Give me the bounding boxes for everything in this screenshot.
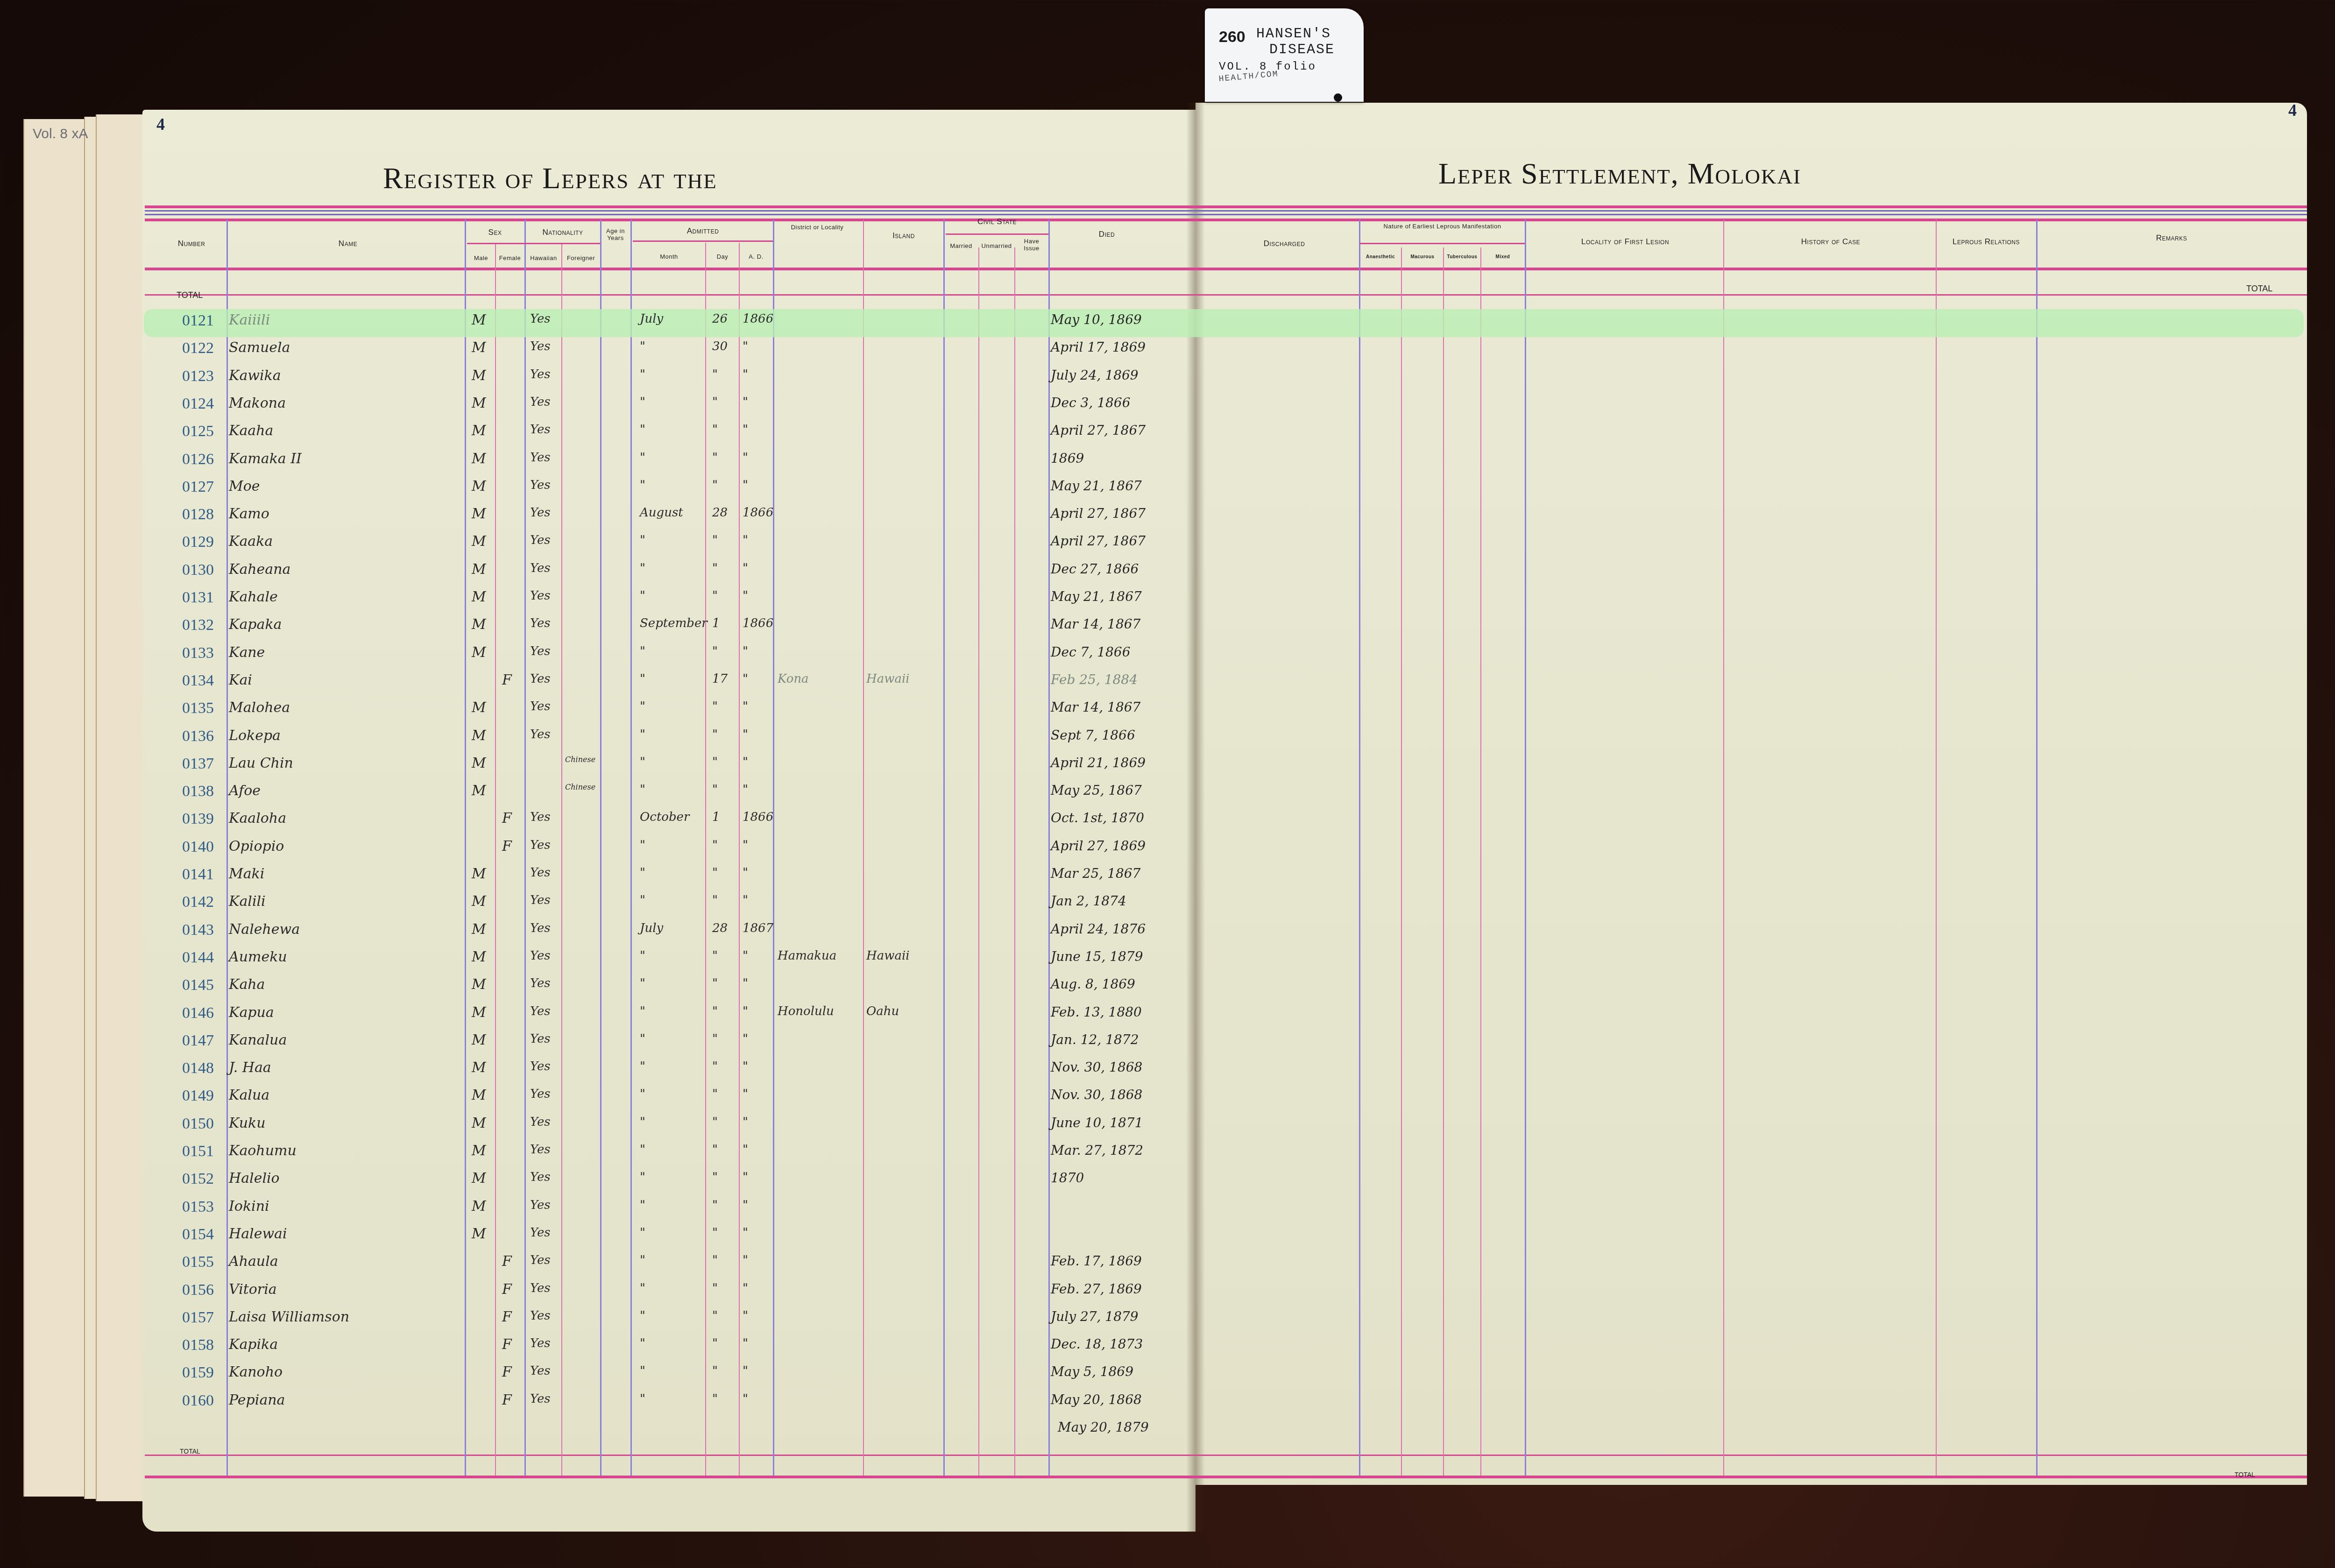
- record-hawaiian: Yes: [530, 893, 551, 907]
- record-sex: M: [472, 451, 486, 467]
- record-hawaiian: Yes: [530, 921, 551, 935]
- record-admit-year: ": [743, 1170, 748, 1184]
- record-name: Kamo: [229, 506, 269, 522]
- header-age: Age in Years: [601, 228, 630, 242]
- record-admit-day: ": [712, 838, 718, 852]
- header-sex-male: Male: [467, 255, 495, 262]
- table-row[interactable]: 0158KapikaFYes"""Dec. 18, 1873: [0, 1336, 2335, 1363]
- record-died: May 21, 1867: [1051, 589, 1142, 604]
- record-foreigner: Chinese: [565, 783, 595, 791]
- record-admit-year: ": [743, 1309, 748, 1323]
- header-rule-bottom: [145, 219, 2307, 221]
- record-admit-day: ": [712, 976, 718, 990]
- record-number: 0138: [182, 783, 214, 800]
- table-row[interactable]: 0121KaiiiliMYesJuly261866May 10, 1869: [0, 312, 2335, 339]
- header-nature-anaesthetic: Anaesthetic: [1360, 254, 1401, 260]
- archive-subject-line1: HANSEN'S: [1256, 26, 1331, 42]
- archive-tab-card: 260 HANSEN'S DISEASE VOL. 8 folio HEALTH…: [1205, 8, 1364, 102]
- table-row[interactable]: 0152HalelioMYes"""1870: [0, 1170, 2335, 1197]
- record-admit-day: ": [712, 451, 718, 465]
- record-sex: F: [502, 1253, 512, 1270]
- record-sex: F: [502, 1309, 512, 1325]
- record-died: Mar 25, 1867: [1051, 866, 1140, 881]
- record-island: Hawaii: [866, 672, 910, 686]
- record-sex: M: [472, 506, 486, 522]
- table-row[interactable]: 0151KaohumuMYes"""Mar. 27, 1872: [0, 1143, 2335, 1170]
- record-admit-year: ": [743, 1392, 748, 1406]
- record-admit-day: 26: [712, 312, 728, 326]
- record-number: 0141: [182, 866, 214, 883]
- header-sex: Sex: [467, 228, 523, 237]
- record-hawaiian: Yes: [530, 1253, 551, 1267]
- record-hawaiian: Yes: [530, 339, 551, 353]
- record-number: 0140: [182, 838, 214, 856]
- record-admit-month: ": [640, 1087, 645, 1101]
- record-foreigner: Chinese: [565, 755, 595, 764]
- table-row[interactable]: 0159KanohoFYes"""May 5, 1869: [0, 1364, 2335, 1391]
- record-died: Nov. 30, 1868: [1051, 1059, 1142, 1075]
- record-name: Iokini: [229, 1198, 269, 1215]
- record-admit-year: 1866: [743, 810, 773, 824]
- record-number: 0139: [182, 810, 214, 828]
- record-admit-year: ": [743, 727, 748, 742]
- left-page-title: Register of Lepers at the: [383, 161, 717, 196]
- header-nature-tuberculous: Tuberculous: [1444, 254, 1480, 260]
- record-admit-day: ": [712, 1392, 718, 1406]
- record-hawaiian: Yes: [530, 949, 551, 963]
- header-nature-mixed: Mixed: [1481, 254, 1524, 260]
- header-sex-female: Female: [496, 255, 524, 262]
- table-row[interactable]: 0132KapakaMYesSeptember11866Mar 14, 1867: [0, 616, 2335, 643]
- record-sex: M: [472, 1059, 486, 1076]
- record-number: 0151: [182, 1143, 214, 1160]
- record-hawaiian: Yes: [530, 616, 551, 630]
- record-admit-month: ": [640, 1336, 645, 1350]
- record-number: 0146: [182, 1004, 214, 1022]
- record-sex: F: [502, 1336, 512, 1353]
- table-row[interactable]: 0129KaakaMYes"""April 27, 1867: [0, 533, 2335, 560]
- record-hawaiian: Yes: [530, 451, 551, 465]
- record-admit-day: ": [712, 1253, 718, 1267]
- record-admit-day: ": [712, 1032, 718, 1046]
- record-died: May 20, 1868: [1051, 1392, 1142, 1407]
- record-name: Vitoria: [229, 1281, 277, 1298]
- record-admit-year: ": [743, 478, 748, 492]
- record-admit-month: October: [640, 810, 689, 824]
- record-admit-year: ": [743, 755, 748, 769]
- record-admit-month: ": [640, 1143, 645, 1157]
- table-row[interactable]: 0139KaalohaFYesOctober11866Oct. 1st, 187…: [0, 810, 2335, 837]
- table-row[interactable]: 0136LokepaMYes"""Sept 7, 1866: [0, 727, 2335, 755]
- header-leprous-relations: Leprous Relations: [1937, 237, 2035, 247]
- record-admit-year: ": [743, 1281, 748, 1295]
- record-admit-year: ": [743, 367, 748, 381]
- record-admit-year: ": [743, 1087, 748, 1101]
- record-name: Kapua: [229, 1004, 274, 1021]
- table-row[interactable]: 0146KapuaMYes"""HonoluluOahuFeb. 13, 188…: [0, 1004, 2335, 1031]
- record-number: 0135: [182, 699, 214, 717]
- record-admit-year: ": [743, 893, 748, 907]
- record-died: Mar. 27, 1872: [1051, 1143, 1143, 1158]
- record-admit-day: ": [712, 699, 718, 713]
- record-number: 0160: [182, 1392, 214, 1410]
- record-name: Afoe: [229, 783, 261, 799]
- record-hawaiian: Yes: [530, 367, 551, 381]
- record-name: Laisa Williamson: [229, 1309, 349, 1325]
- table-row[interactable]: 0150KukuMYes"""June 10, 1871: [0, 1115, 2335, 1142]
- record-admit-month: September: [640, 616, 708, 630]
- record-number: 0133: [182, 644, 214, 662]
- record-sex: F: [502, 672, 512, 688]
- record-hawaiian: Yes: [530, 1059, 551, 1074]
- record-sex: M: [472, 339, 486, 356]
- table-row[interactable]: 0144AumekuMYes"""HamakuaHawaiiJune 15, 1…: [0, 949, 2335, 976]
- record-admit-day: ": [712, 561, 718, 575]
- table-row[interactable]: 0141MakiMYes"""Mar 25, 1867: [0, 866, 2335, 893]
- record-number: 0128: [182, 506, 214, 523]
- record-died: April 21, 1869: [1051, 755, 1146, 770]
- header-admitted: Admitted: [633, 226, 773, 236]
- record-hawaiian: Yes: [530, 1032, 551, 1046]
- record-sex: M: [472, 699, 486, 716]
- left-page-number: 4: [156, 114, 165, 134]
- record-hawaiian: Yes: [530, 478, 551, 492]
- right-page-number: 4: [2288, 100, 2297, 120]
- table-row[interactable]: 0154HalewaiMYes""": [0, 1226, 2335, 1253]
- record-admit-month: ": [640, 1364, 645, 1378]
- record-admit-month: ": [640, 1115, 645, 1129]
- header-rule-blue-2: [145, 214, 2307, 215]
- record-sex: M: [472, 1032, 486, 1048]
- record-admit-year: ": [743, 1253, 748, 1267]
- record-admit-day: ": [712, 644, 718, 658]
- record-name: Lokepa: [229, 727, 281, 744]
- record-hawaiian: Yes: [530, 1143, 551, 1157]
- record-admit-day: ": [712, 423, 718, 437]
- record-island: Oahu: [866, 1004, 899, 1018]
- record-died: April 17, 1869: [1051, 339, 1146, 355]
- record-sex: M: [472, 1170, 486, 1187]
- record-number: 0121: [182, 312, 214, 330]
- record-admit-month: ": [640, 1253, 645, 1267]
- record-admit-month: ": [640, 395, 645, 409]
- header-discharged: Discharged: [1214, 239, 1354, 248]
- table-row[interactable]: 0124MakonaMYes"""Dec 3, 1866: [0, 395, 2335, 422]
- record-admit-day: ": [712, 1004, 718, 1018]
- header-nationality: Nationality: [525, 228, 600, 237]
- record-admit-month: July: [640, 312, 663, 326]
- record-died: Dec 27, 1866: [1051, 561, 1139, 577]
- record-hawaiian: Yes: [530, 395, 551, 409]
- record-admit-day: ": [712, 1059, 718, 1074]
- record-admit-day: ": [712, 727, 718, 742]
- table-row[interactable]: 0125KaahaMYes"""April 27, 1867: [0, 423, 2335, 450]
- header-cs-unmarried: Unmarried: [979, 243, 1014, 250]
- table-row[interactable]: 0156VitoriaFYes"""Feb. 27, 1869: [0, 1281, 2335, 1308]
- record-died: Aug. 8, 1869: [1051, 976, 1135, 992]
- record-hawaiian: Yes: [530, 506, 551, 520]
- record-admit-month: ": [640, 1309, 645, 1323]
- record-admit-day: ": [712, 949, 718, 963]
- record-sex: M: [472, 783, 486, 799]
- record-hawaiian: Yes: [530, 1198, 551, 1212]
- record-name: Makona: [229, 395, 286, 411]
- record-name: Kaaka: [229, 533, 273, 550]
- record-name: Kapika: [229, 1336, 278, 1353]
- record-admit-month: ": [640, 1281, 645, 1295]
- header-nat-hawaiian: Hawaiian: [525, 255, 562, 262]
- record-name: Kaiiili: [229, 312, 270, 328]
- table-row[interactable]: 0135MaloheaMYes"""Mar 14, 1867: [0, 699, 2335, 727]
- record-number: 0124: [182, 395, 214, 413]
- record-admit-year: ": [743, 976, 748, 990]
- record-name: Kane: [229, 644, 265, 661]
- record-admit-day: ": [712, 1115, 718, 1129]
- record-admit-month: ": [640, 838, 645, 852]
- table-row[interactable]: 0130KaheanaMYes"""Dec 27, 1866: [0, 561, 2335, 588]
- record-admit-month: ": [640, 893, 645, 907]
- record-died: Mar 14, 1867: [1051, 699, 1140, 715]
- record-number: 0150: [182, 1115, 214, 1133]
- record-admit-day: ": [712, 1087, 718, 1101]
- record-died: Feb. 13, 1880: [1051, 1004, 1142, 1020]
- record-hawaiian: Yes: [530, 1004, 551, 1018]
- header-history-of-case: History of Case: [1726, 237, 1936, 247]
- record-died: Mar 14, 1867: [1051, 616, 1140, 632]
- record-admit-month: July: [640, 921, 663, 935]
- record-admit-day: ": [712, 533, 718, 547]
- record-district: Honolulu: [778, 1004, 834, 1018]
- record-admit-day: 1: [712, 810, 720, 824]
- record-admit-year: 1866: [743, 312, 773, 326]
- table-row[interactable]: 0143NalehewaMYesJuly281867April 24, 1876: [0, 921, 2335, 948]
- record-number: 0122: [182, 339, 214, 357]
- table-row[interactable]: 0157Laisa WilliamsonFYes"""July 27, 1879: [0, 1309, 2335, 1336]
- header-died: Died: [1051, 230, 1163, 239]
- record-name: Kamaka II: [229, 451, 302, 467]
- record-admit-day: ": [712, 1281, 718, 1295]
- header-cs-issue: Have Issue: [1015, 238, 1048, 252]
- record-name: Ahaula: [229, 1253, 278, 1270]
- table-row[interactable]: 0131KahaleMYes"""May 21, 1867: [0, 589, 2335, 616]
- header-remarks: Remarks: [2038, 233, 2305, 243]
- record-died: Dec 7, 1866: [1051, 644, 1130, 660]
- record-sex: M: [472, 478, 486, 494]
- record-died: July 24, 1869: [1051, 367, 1139, 383]
- record-name: Kai: [229, 672, 252, 688]
- table-row[interactable]: 0134KaiFYes"17"KonaHawaiiFeb 25, 1884: [0, 672, 2335, 699]
- record-name: Halewai: [229, 1226, 287, 1242]
- record-died: April 27, 1867: [1051, 423, 1146, 438]
- record-admit-month: ": [640, 589, 645, 603]
- record-admit-day: 28: [712, 506, 728, 520]
- record-number: 0149: [182, 1087, 214, 1105]
- record-hawaiian: Yes: [530, 1309, 551, 1323]
- civil-subrule: [946, 233, 1048, 235]
- record-name: Kaaloha: [229, 810, 286, 826]
- record-name: Nalehewa: [229, 921, 300, 938]
- bottom-total-rule: [145, 1455, 2307, 1456]
- table-row[interactable]: 0128KamoMYesAugust281866April 27, 1867: [0, 506, 2335, 533]
- record-admit-month: ": [640, 783, 645, 797]
- record-hawaiian: Yes: [530, 810, 551, 824]
- record-admit-year: ": [743, 451, 748, 465]
- record-name: Opiopio: [229, 838, 284, 855]
- sex-nat-subrule: [467, 243, 600, 244]
- record-sex: M: [472, 1143, 486, 1159]
- record-hawaiian: Yes: [530, 1281, 551, 1295]
- record-hawaiian: Yes: [530, 533, 551, 547]
- record-hawaiian: Yes: [530, 644, 551, 658]
- record-admit-year: ": [743, 339, 748, 353]
- table-row[interactable]: 0122SamuelaMYes"30"April 17, 1869: [0, 339, 2335, 367]
- record-hawaiian: Yes: [530, 838, 551, 852]
- table-row[interactable]: 0160PepianaFYes"""May 20, 1868: [0, 1392, 2335, 1419]
- record-admit-month: ": [640, 1226, 645, 1240]
- header-district: District or Locality: [789, 224, 845, 231]
- record-sex: M: [472, 616, 486, 633]
- record-admit-day: ": [712, 1170, 718, 1184]
- record-name: Kalili: [229, 893, 266, 910]
- admitted-subrule: [633, 240, 773, 242]
- record-number: 0147: [182, 1032, 214, 1050]
- record-admit-year: ": [743, 1004, 748, 1018]
- record-admit-year: ": [743, 866, 748, 880]
- table-row[interactable]: 0123KawikaMYes"""July 24, 1869: [0, 367, 2335, 395]
- record-admit-month: ": [640, 1392, 645, 1406]
- record-hawaiian: Yes: [530, 1364, 551, 1378]
- record-admit-month: ": [640, 866, 645, 880]
- record-hawaiian: Yes: [530, 1336, 551, 1350]
- table-row[interactable]: 0137Lau ChinMChinese"""April 21, 1869: [0, 755, 2335, 782]
- record-admit-month: ": [640, 533, 645, 547]
- archive-number: 260: [1219, 28, 1245, 46]
- header-name: Name: [233, 239, 462, 248]
- record-died: Oct. 1st, 1870: [1051, 810, 1144, 826]
- record-number: 0130: [182, 561, 214, 579]
- record-admit-month: ": [640, 699, 645, 713]
- record-number: 0158: [182, 1336, 214, 1354]
- record-died: Dec 3, 1866: [1051, 395, 1130, 410]
- record-admit-year: ": [743, 589, 748, 603]
- record-admit-month: ": [640, 1198, 645, 1212]
- record-admit-year: ": [743, 561, 748, 575]
- table-row[interactable]: 0149KaluaMYes"""Nov. 30, 1868: [0, 1087, 2335, 1114]
- record-hawaiian: Yes: [530, 727, 551, 742]
- record-died: April 27, 1867: [1051, 533, 1146, 549]
- record-admit-day: ": [712, 1226, 718, 1240]
- record-admit-month: ": [640, 1170, 645, 1184]
- extra-died-entry: May 20, 1879: [1058, 1420, 1149, 1435]
- record-hawaiian: Yes: [530, 1392, 551, 1406]
- table-row[interactable]: 0145KahaMYes"""Aug. 8, 1869: [0, 976, 2335, 1003]
- total-label-left-bottom: TOTAL: [180, 1448, 200, 1455]
- table-row[interactable]: 0153IokiniMYes""": [0, 1198, 2335, 1225]
- record-sex: M: [472, 423, 486, 439]
- table-row[interactable]: 0138AfoeMChinese"""May 25, 1867: [0, 783, 2335, 810]
- record-admit-month: ": [640, 478, 645, 492]
- record-admit-year: ": [743, 1364, 748, 1378]
- record-hawaiian: Yes: [530, 699, 551, 713]
- record-admit-day: 28: [712, 921, 728, 935]
- record-admit-month: ": [640, 1004, 645, 1018]
- record-number: 0159: [182, 1364, 214, 1382]
- record-name: Halelio: [229, 1170, 280, 1187]
- record-died: May 10, 1869: [1051, 312, 1142, 327]
- record-died: Nov. 30, 1868: [1051, 1087, 1142, 1102]
- record-admit-day: ": [712, 1143, 718, 1157]
- record-hawaiian: Yes: [530, 1226, 551, 1240]
- record-hawaiian: Yes: [530, 976, 551, 990]
- header-rule-blue-1: [145, 210, 2307, 212]
- record-hawaiian: Yes: [530, 312, 551, 326]
- record-admit-year: ": [743, 1115, 748, 1129]
- record-number: 0136: [182, 727, 214, 745]
- record-number: 0156: [182, 1281, 214, 1299]
- table-row[interactable]: 0126Kamaka IIMYes"""1869: [0, 451, 2335, 478]
- record-island: Hawaii: [866, 949, 910, 963]
- total-label-left-top: TOTAL: [177, 290, 203, 300]
- record-number: 0129: [182, 533, 214, 551]
- record-sex: M: [472, 589, 486, 605]
- record-sex: M: [472, 727, 486, 744]
- record-admit-day: ": [712, 1309, 718, 1323]
- record-admit-year: ": [743, 1198, 748, 1212]
- record-admit-year: ": [743, 838, 748, 852]
- record-name: Kaha: [229, 976, 265, 993]
- table-row[interactable]: 0155AhaulaFYes"""Feb. 17, 1869: [0, 1253, 2335, 1280]
- record-died: Jan. 12, 1872: [1051, 1032, 1139, 1047]
- header-number: Number: [159, 239, 224, 248]
- record-admit-year: ": [743, 1032, 748, 1046]
- record-died: June 15, 1879: [1051, 949, 1143, 964]
- record-number: 0152: [182, 1170, 214, 1188]
- record-number: 0153: [182, 1198, 214, 1216]
- record-died: Feb. 17, 1869: [1051, 1253, 1142, 1269]
- record-admit-day: 1: [712, 616, 720, 630]
- table-row[interactable]: 0142KaliliMYes"""Jan 2, 1874: [0, 893, 2335, 920]
- record-number: 0144: [182, 949, 214, 967]
- table-row[interactable]: 0127MoeMYes"""May 21, 1867: [0, 478, 2335, 505]
- record-number: 0148: [182, 1059, 214, 1077]
- header-civil-state: Civil State: [946, 217, 1048, 226]
- table-row[interactable]: 0147KanaluaMYes"""Jan. 12, 1872: [0, 1032, 2335, 1059]
- table-row[interactable]: 0140OpiopioFYes"""April 27, 1869: [0, 838, 2335, 865]
- header-adm-month: Month: [633, 254, 705, 261]
- record-number: 0145: [182, 976, 214, 994]
- record-admit-month: ": [640, 976, 645, 990]
- record-hawaiian: Yes: [530, 672, 551, 686]
- right-page-title: Leper Settlement, Molokai: [1438, 156, 1801, 191]
- record-sex: M: [472, 866, 486, 882]
- record-died: Feb 25, 1884: [1051, 672, 1138, 687]
- table-row[interactable]: 0133KaneMYes"""Dec 7, 1866: [0, 644, 2335, 671]
- record-name: Kaohumu: [229, 1143, 297, 1159]
- record-admit-year: ": [743, 644, 748, 658]
- record-admit-month: ": [640, 1032, 645, 1046]
- record-died: Jan 2, 1874: [1051, 893, 1126, 909]
- record-admit-month: ": [640, 949, 645, 963]
- table-row[interactable]: 0148J. HaaMYes"""Nov. 30, 1868: [0, 1059, 2335, 1087]
- record-died: Sept 7, 1866: [1051, 727, 1135, 743]
- header-nat-foreigner: Foreigner: [562, 255, 600, 262]
- record-sex: F: [502, 1281, 512, 1298]
- record-number: 0134: [182, 672, 214, 690]
- record-died: 1869: [1051, 451, 1084, 466]
- record-died: May 25, 1867: [1051, 783, 1142, 798]
- record-number: 0127: [182, 478, 214, 496]
- record-sex: M: [472, 949, 486, 965]
